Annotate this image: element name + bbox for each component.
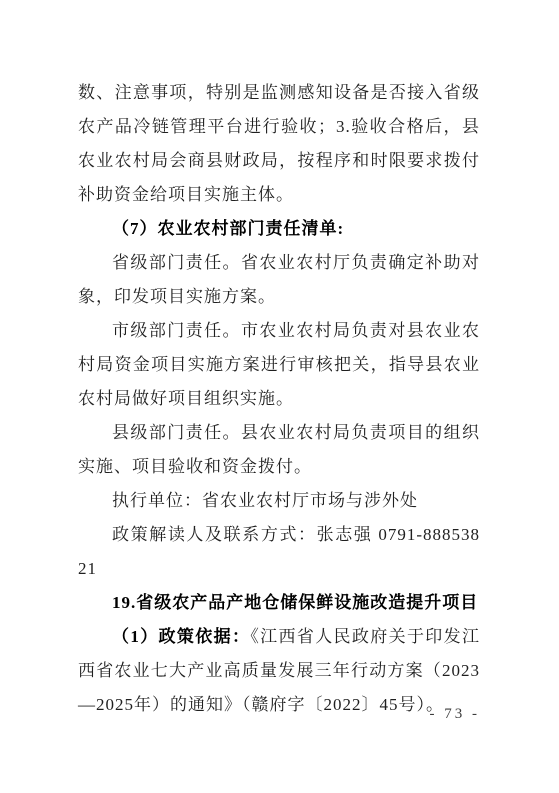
paragraph-municipal-responsibility: 市级部门责任。市农业农村局负责对县农业农村局资金项目实施方案进行审核把关，指导县… (78, 314, 480, 416)
paragraph-policy-contact: 政策解读人及联系方式：张志强 0791-88853821 (78, 518, 480, 586)
paragraph-policy-basis: （1）政策依据：《江西省人民政府关于印发江西省农业七大产业高质量发展三年行动方案… (78, 620, 480, 722)
document-page: 数、注意事项，特别是监测感知设备是否接入省级农产品冷链管理平台进行验收；3.验收… (0, 0, 559, 793)
section-heading-project-19: 19.省级农产品产地仓储保鲜设施改造提升项目 (78, 586, 480, 620)
paragraph-continuation: 数、注意事项，特别是监测感知设备是否接入省级农产品冷链管理平台进行验收；3.验收… (78, 76, 480, 212)
section-heading-responsibility-list: （7）农业农村部门责任清单: (78, 212, 480, 246)
paragraph-executing-unit: 执行单位：省农业农村厅市场与涉外处 (78, 484, 480, 518)
page-number: - 73 - (430, 704, 481, 724)
paragraph-provincial-responsibility: 省级部门责任。省农业农村厅负责确定补助对象，印发项目实施方案。 (78, 246, 480, 314)
policy-basis-label: （1）政策依据： (112, 627, 250, 646)
paragraph-county-responsibility: 县级部门责任。县农业农村局负责项目的组织实施、项目验收和资金拨付。 (78, 416, 480, 484)
